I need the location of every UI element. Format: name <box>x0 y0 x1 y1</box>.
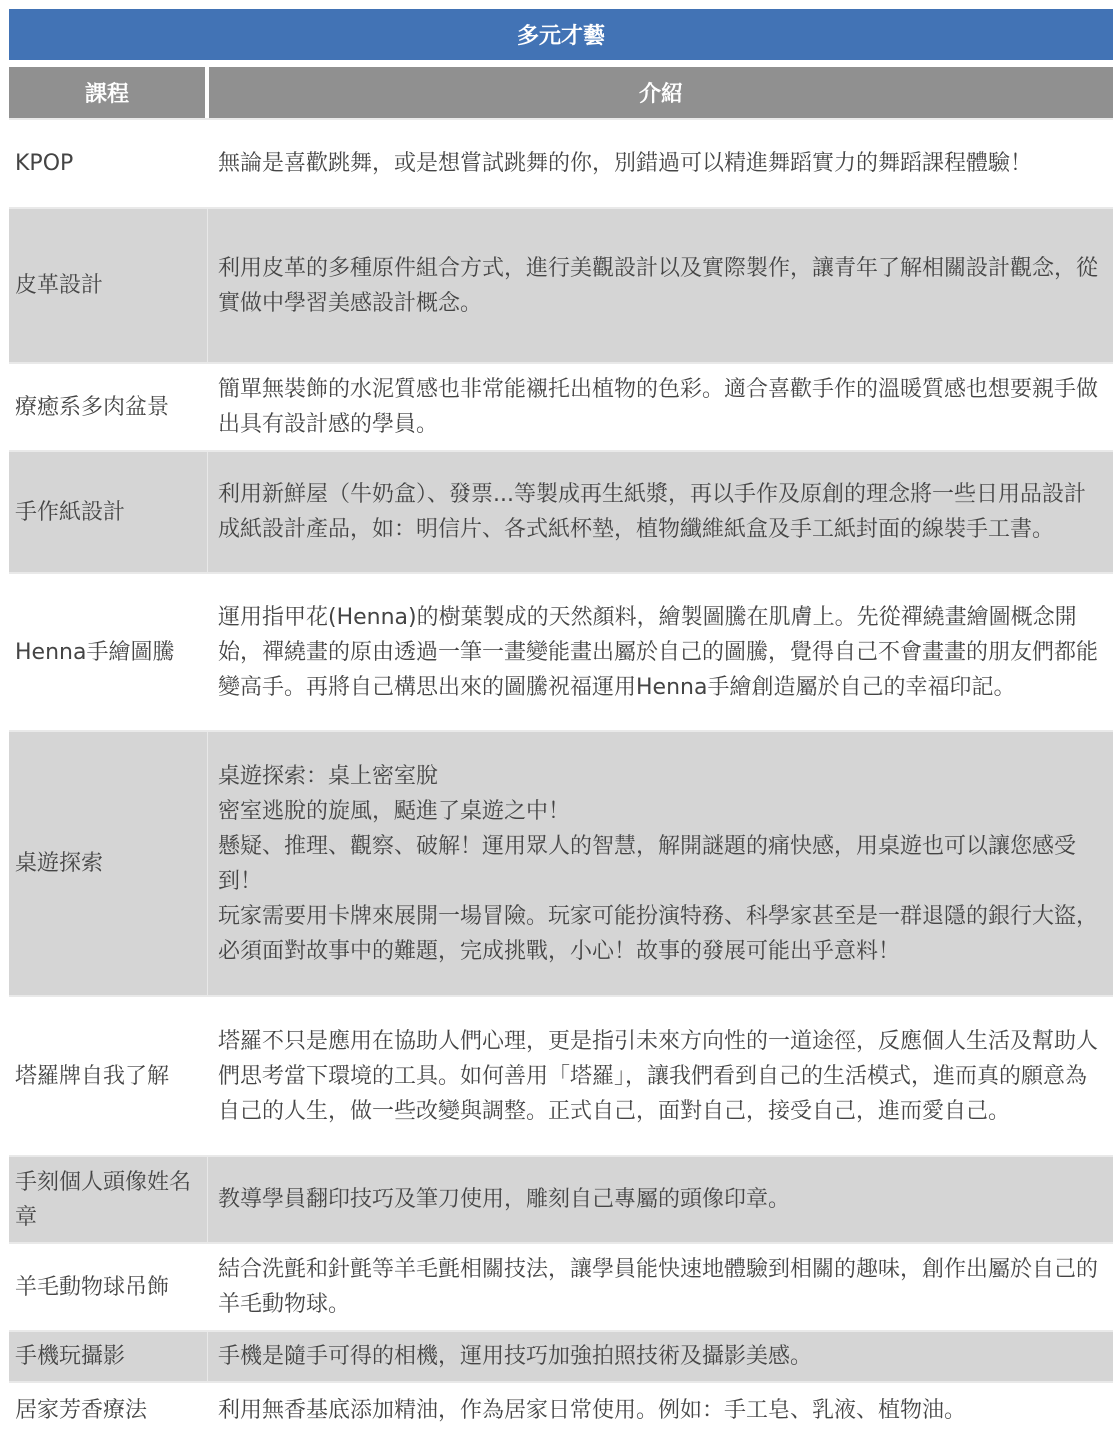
course-name: 桌遊探索 <box>9 732 207 995</box>
table-title: 多元才藝 <box>9 9 1113 60</box>
table-row: 皮革設計 利用皮革的多種原件組合方式，進行美觀設計以及實際製作，讓青年了解相關設… <box>9 207 1113 362</box>
header-course: 課程 <box>9 67 205 118</box>
course-description: 塔羅不只是應用在協助人們心理，更是指引未來方向性的一道途徑，反應個人生活及幫助人… <box>207 997 1113 1155</box>
course-name: 皮革設計 <box>9 209 207 362</box>
table-row: 桌遊探索 桌遊探索：桌上密室脫 密室逃脫的旋風，颳進了桌遊之中！ 懸疑、推理、觀… <box>9 730 1113 995</box>
course-description: 利用皮革的多種原件組合方式，進行美觀設計以及實際製作，讓青年了解相關設計觀念，從… <box>207 209 1113 362</box>
header-description: 介紹 <box>209 67 1113 118</box>
course-name: 塔羅牌自我了解 <box>9 997 207 1155</box>
courses-table: 多元才藝 課程 介紹 KPOP 無論是喜歡跳舞，或是想嘗試跳舞的你，別錯過可以精… <box>9 9 1113 1437</box>
divider <box>9 60 1113 67</box>
table-row: 手刻個人頭像姓名章 教導學員翻印技巧及筆刀使用，雕刻自己專屬的頭像印章。 <box>9 1155 1113 1242</box>
course-name: Henna手繪圖騰 <box>9 574 207 730</box>
course-description: 手機是隨手可得的相機，運用技巧加強拍照技術及攝影美感。 <box>207 1332 1113 1381</box>
table-row: 羊毛動物球吊飾 結合洗氈和針氈等羊毛氈相關技法，讓學員能快速地體驗到相關的趣味，… <box>9 1242 1113 1330</box>
table-row: KPOP 無論是喜歡跳舞，或是想嘗試跳舞的你，別錯過可以精進舞蹈實力的舞蹈課程體… <box>9 118 1113 207</box>
table-row: 手作紙設計 利用新鮮屋（牛奶盒）、發票...等製成再生紙漿，再以手作及原創的理念… <box>9 450 1113 572</box>
course-description: 利用新鮮屋（牛奶盒）、發票...等製成再生紙漿，再以手作及原創的理念將一些日用品… <box>207 452 1113 572</box>
course-name: 療癒系多肉盆景 <box>9 364 207 450</box>
course-description: 運用指甲花(Henna)的樹葉製成的天然顏料，繪製圖騰在肌膚上。先從禪繞畫繪圖概… <box>207 574 1113 730</box>
course-name: 居家芳香療法 <box>9 1383 207 1437</box>
table-row: 居家芳香療法 利用無香基底添加精油，作為居家日常使用。例如：手工皂、乳液、植物油… <box>9 1381 1113 1437</box>
course-name: 手作紙設計 <box>9 452 207 572</box>
course-description: 無論是喜歡跳舞，或是想嘗試跳舞的你，別錯過可以精進舞蹈實力的舞蹈課程體驗！ <box>207 120 1113 207</box>
course-description: 桌遊探索：桌上密室脫 密室逃脫的旋風，颳進了桌遊之中！ 懸疑、推理、觀察、破解！… <box>207 732 1113 995</box>
table-row: 手機玩攝影 手機是隨手可得的相機，運用技巧加強拍照技術及攝影美感。 <box>9 1330 1113 1381</box>
course-name: 手機玩攝影 <box>9 1332 207 1381</box>
course-name: KPOP <box>9 120 207 207</box>
table-row: 療癒系多肉盆景 簡單無裝飾的水泥質感也非常能襯托出植物的色彩。適合喜歡手作的溫暖… <box>9 362 1113 450</box>
course-description: 簡單無裝飾的水泥質感也非常能襯托出植物的色彩。適合喜歡手作的溫暖質感也想要親手做… <box>207 364 1113 450</box>
table-row: 塔羅牌自我了解 塔羅不只是應用在協助人們心理，更是指引未來方向性的一道途徑，反應… <box>9 995 1113 1155</box>
course-name: 手刻個人頭像姓名章 <box>9 1157 207 1242</box>
course-description: 利用無香基底添加精油，作為居家日常使用。例如：手工皂、乳液、植物油。 <box>207 1383 1113 1437</box>
course-description: 教導學員翻印技巧及筆刀使用，雕刻自己專屬的頭像印章。 <box>207 1157 1113 1242</box>
table-row: Henna手繪圖騰 運用指甲花(Henna)的樹葉製成的天然顏料，繪製圖騰在肌膚… <box>9 572 1113 730</box>
header-row: 課程 介紹 <box>9 67 1113 118</box>
course-description: 結合洗氈和針氈等羊毛氈相關技法，讓學員能快速地體驗到相關的趣味，創作出屬於自己的… <box>207 1244 1113 1330</box>
course-name: 羊毛動物球吊飾 <box>9 1244 207 1330</box>
